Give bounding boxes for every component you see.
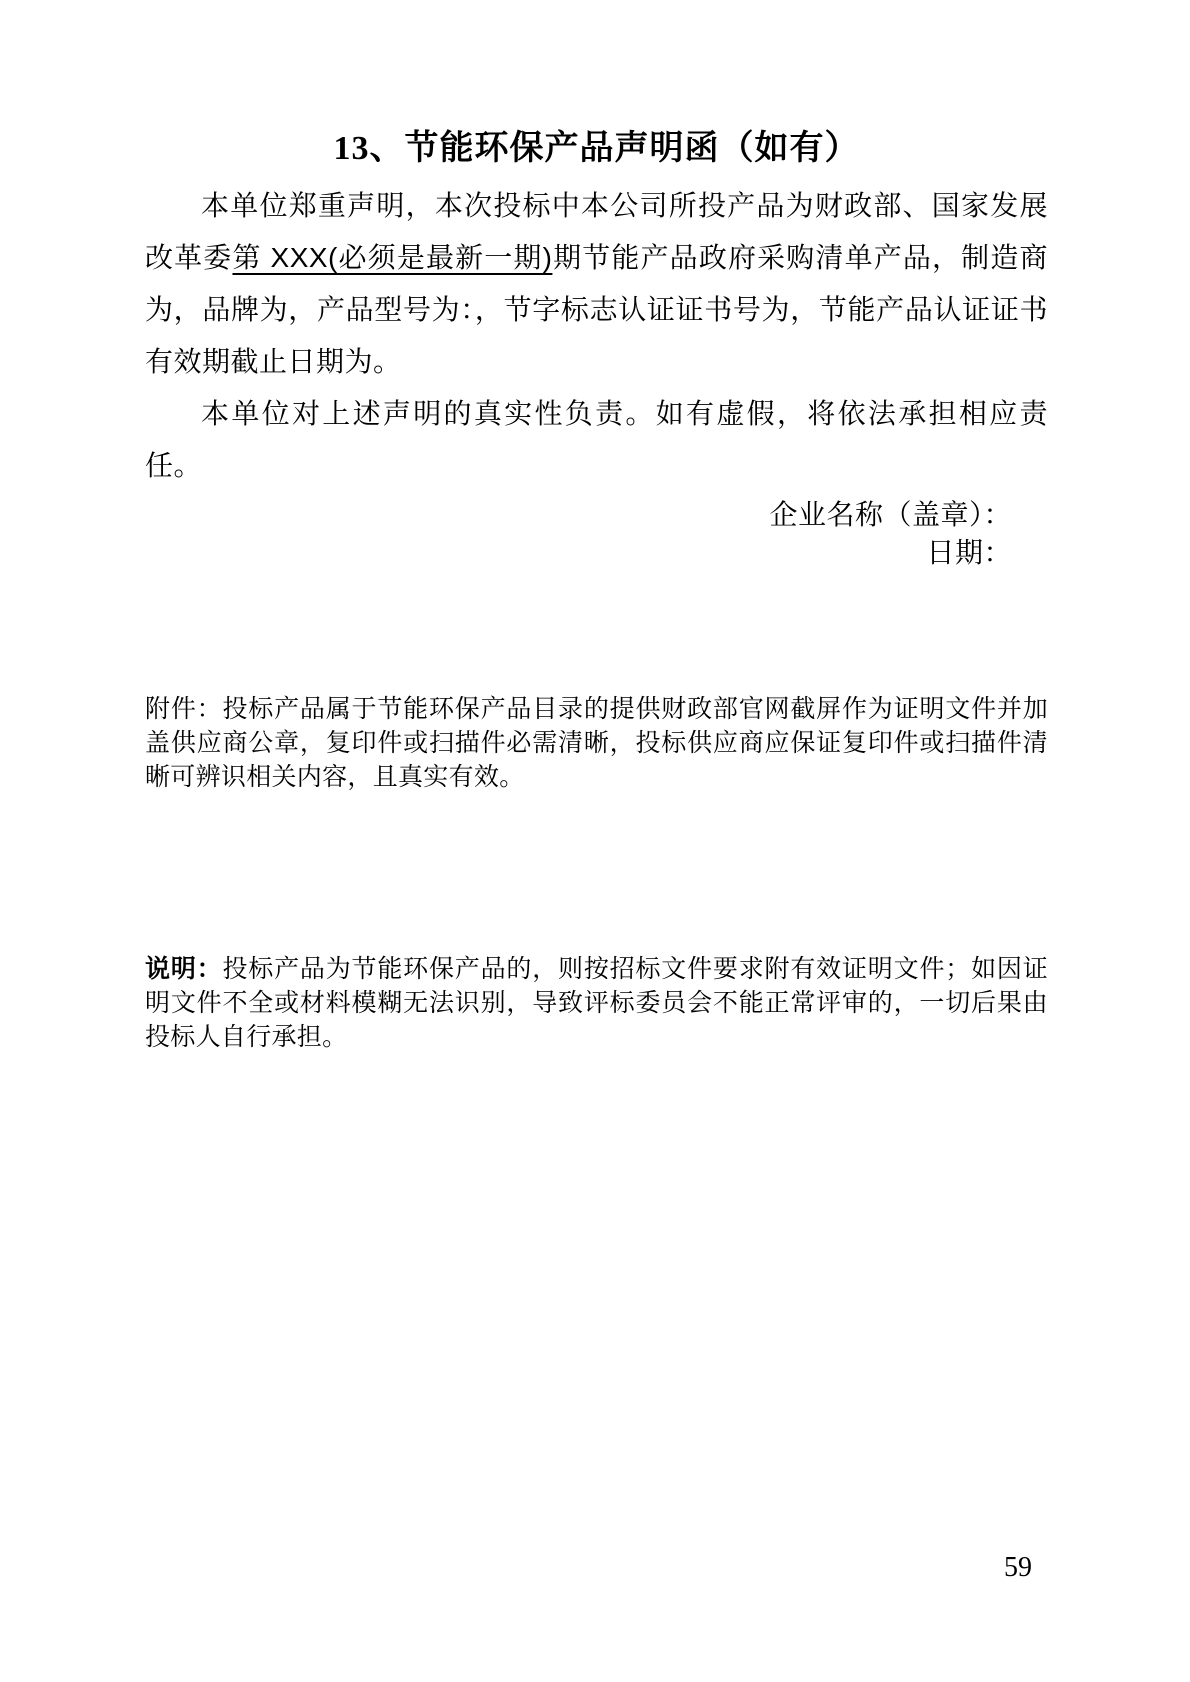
signature-block: 企业名称（盖章）： 日期： <box>145 496 1048 572</box>
page-number: 59 <box>1004 1552 1032 1584</box>
attachment-note: 附件：投标产品属于节能环保产品目录的提供财政部官网截屏作为证明文件并加盖供应商公… <box>145 692 1048 794</box>
page-title-number: 13、 <box>334 130 405 167</box>
instruction-note: 说明：投标产品为节能环保产品的，则按招标文件要求附有效证明文件；如因证明文件不全… <box>145 952 1048 1054</box>
company-seal-label: 企业名称（盖章）： <box>145 496 1012 534</box>
instruction-text: 投标产品为节能环保产品的，则按招标文件要求附有效证明文件；如因证明文件不全或材料… <box>145 955 1048 1051</box>
document-page: 13、节能环保产品声明函（如有） 本单位郑重声明，本次投标中本公司所投产品为财政… <box>0 0 1190 1682</box>
page-title-text: 节能环保产品声明函（如有） <box>405 129 860 167</box>
page-title: 13、节能环保产品声明函（如有） <box>145 126 1048 172</box>
attachment-text: 投标产品属于节能环保产品目录的提供财政部官网截屏作为证明文件并加盖供应商公章，复… <box>145 695 1048 791</box>
date-label: 日期： <box>145 534 1012 572</box>
declaration-underlined-blank: 第 XXX(必须是最新一期) <box>232 242 552 273</box>
responsibility-paragraph: 本单位对上述声明的真实性负责。如有虚假，将依法承担相应责任。 <box>145 388 1048 492</box>
attachment-label: 附件： <box>145 695 222 723</box>
instruction-label: 说明： <box>145 955 222 983</box>
declaration-paragraph: 本单位郑重声明，本次投标中本公司所投产品为财政部、国家发展改革委第 XXX(必须… <box>145 180 1048 388</box>
